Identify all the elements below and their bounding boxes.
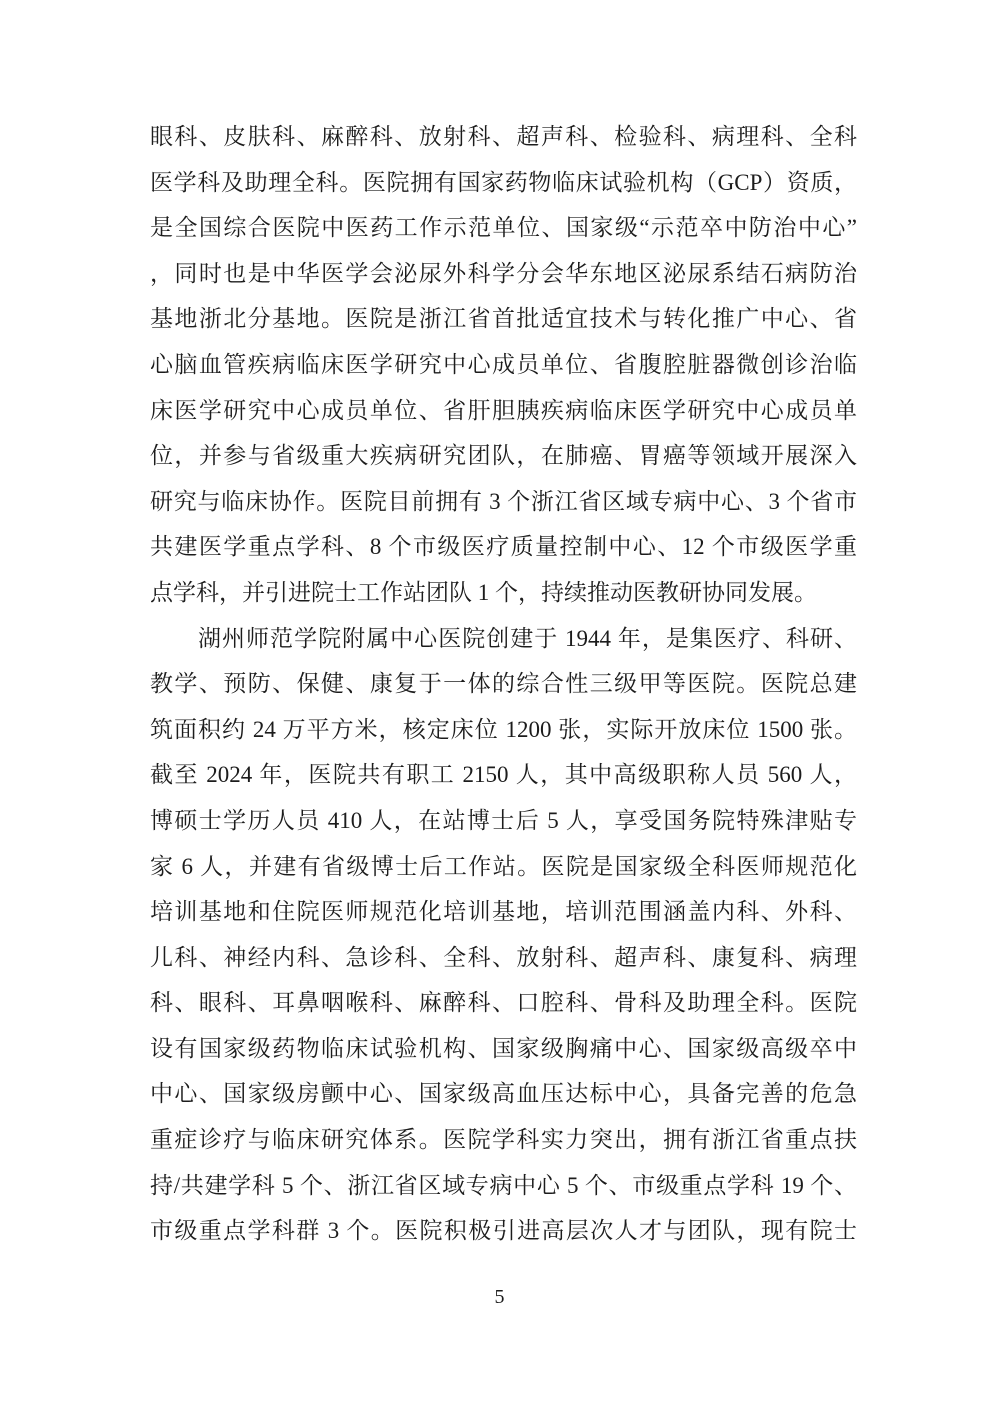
text-line: 位，并参与省级重大疾病研究团队，在肺癌、胃癌等领域开展深入 bbox=[150, 433, 857, 479]
text-line: 持/共建学科 5 个、浙江省区域专病中心 5 个、市级重点学科 19 个、 bbox=[150, 1163, 857, 1209]
text-line: 眼科、皮肤科、麻醉科、放射科、超声科、检验科、病理科、全科 bbox=[150, 114, 857, 160]
text-line: 家 6 人，并建有省级博士后工作站。医院是国家级全科医师规范化 bbox=[150, 844, 857, 890]
text-line: 床医学研究中心成员单位、省肝胆胰疾病临床医学研究中心成员单 bbox=[150, 388, 857, 434]
text-line: 科、眼科、耳鼻咽喉科、麻醉科、口腔科、骨科及助理全科。医院 bbox=[150, 980, 857, 1026]
body-text: 眼科、皮肤科、麻醉科、放射科、超声科、检验科、病理科、全科 医学科及助理全科。医… bbox=[150, 114, 857, 1254]
text-line: 共建医学重点学科、8 个市级医疗质量控制中心、12 个市级医学重 bbox=[150, 524, 857, 570]
text-line: 教学、预防、保健、康复于一体的综合性三级甲等医院。医院总建 bbox=[150, 661, 857, 707]
text-line: 培训基地和住院医师规范化培训基地，培训范围涵盖内科、外科、 bbox=[150, 889, 857, 935]
text-line: 儿科、神经内科、急诊科、全科、放射科、超声科、康复科、病理 bbox=[150, 935, 857, 981]
text-line: 设有国家级药物临床试验机构、国家级胸痛中心、国家级高级卒中 bbox=[150, 1026, 857, 1072]
text-line: 中心、国家级房颤中心、国家级高血压达标中心，具备完善的危急 bbox=[150, 1071, 857, 1117]
page-number: 5 bbox=[495, 1286, 505, 1308]
text-line: 湖州师范学院附属中心医院创建于 1944 年，是集医疗、科研、 bbox=[150, 616, 857, 662]
text-line: 截至 2024 年，医院共有职工 2150 人，其中高级职称人员 560 人， bbox=[150, 752, 857, 798]
text-line: 市级重点学科群 3 个。医院积极引进高层次人才与团队，现有院士 bbox=[150, 1208, 857, 1254]
text-line: 筑面积约 24 万平方米，核定床位 1200 张，实际开放床位 1500 张。 bbox=[150, 707, 857, 753]
text-line: 医学科及助理全科。医院拥有国家药物临床试验机构（GCP）资质， bbox=[150, 160, 857, 206]
text-line: 心脑血管疾病临床医学研究中心成员单位、省腹腔脏器微创诊治临 bbox=[150, 342, 857, 388]
text-line: 基地浙北分基地。医院是浙江省首批适宜技术与转化推广中心、省 bbox=[150, 296, 857, 342]
text-line: 是全国综合医院中医药工作示范单位、国家级“示范卒中防治中心” bbox=[150, 205, 857, 251]
text-line: 点学科，并引进院士工作站团队 1 个，持续推动医教研协同发展。 bbox=[150, 570, 857, 616]
page-footer: 5 bbox=[0, 1286, 999, 1309]
text-line: 博硕士学历人员 410 人，在站博士后 5 人，享受国务院特殊津贴专 bbox=[150, 798, 857, 844]
text-line: 重症诊疗与临床研究体系。医院学科实力突出，拥有浙江省重点扶 bbox=[150, 1117, 857, 1163]
text-line: 研究与临床协作。医院目前拥有 3 个浙江省区域专病中心、3 个省市 bbox=[150, 479, 857, 525]
text-line: ，同时也是中华医学会泌尿外科学分会华东地区泌尿系结石病防治 bbox=[150, 251, 857, 297]
document-page: 眼科、皮肤科、麻醉科、放射科、超声科、检验科、病理科、全科 医学科及助理全科。医… bbox=[0, 0, 999, 1414]
